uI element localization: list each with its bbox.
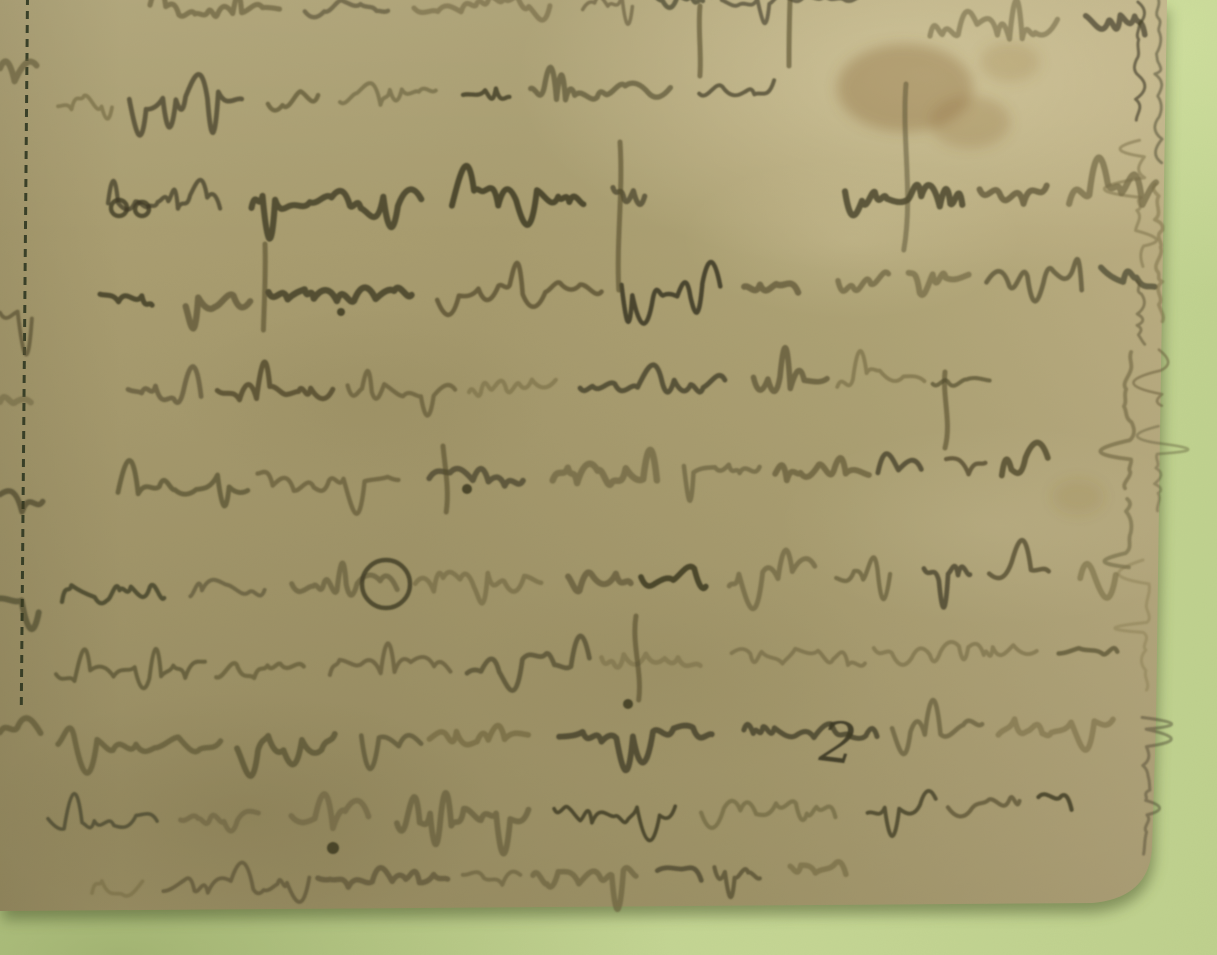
photo-of-postcard: 2 xyxy=(0,0,1217,955)
postcard-paper xyxy=(0,0,1217,955)
paper-mottling xyxy=(0,0,1217,955)
